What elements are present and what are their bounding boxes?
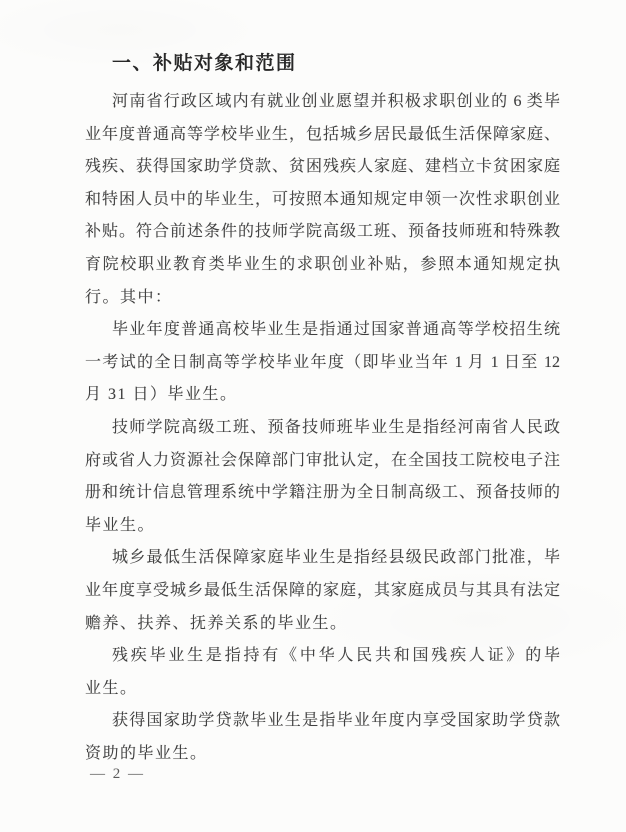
body-line: 残疾、获得国家助学贷款、贫困残疾人家庭、建档立卡贫困家庭 xyxy=(85,151,560,184)
body-line: 河南省行政区域内有就业创业愿望并积极求职创业的 6 类毕 xyxy=(85,86,560,119)
body-line: 获得国家助学贷款毕业生是指毕业年度内享受国家助学贷款 xyxy=(85,705,560,738)
body-line: 行。其中： xyxy=(85,282,560,315)
body-line: 和特困人员中的毕业生，可按照本通知规定申领一次性求职创业 xyxy=(85,184,560,217)
body-line: 月 31 日）毕业生。 xyxy=(85,379,560,412)
document-body: 一、补贴对象和范围 河南省行政区域内有就业创业愿望并积极求职创业的 6 类毕 业… xyxy=(85,53,560,770)
body-line: 技师学院高级工班、预备技师班毕业生是指经河南省人民政 xyxy=(85,412,560,445)
body-line: 毕业生。 xyxy=(85,510,560,543)
body-line: 赡养、扶养、抚养关系的毕业生。 xyxy=(85,608,560,641)
body-line: 补贴。符合前述条件的技师学院高级工班、预备技师班和特殊教 xyxy=(85,216,560,249)
scanned-document-page: 一、补贴对象和范围 河南省行政区域内有就业创业愿望并积极求职创业的 6 类毕 业… xyxy=(0,0,626,832)
body-line: 毕业年度普通高校毕业生是指通过国家普通高等学校招生统 xyxy=(85,314,560,347)
body-line: 残疾毕业生是指持有《中华人民共和国残疾人证》的毕 xyxy=(85,640,560,673)
body-line: 城乡最低生活保障家庭毕业生是指经县级民政部门批准，毕 xyxy=(85,542,560,575)
page-number: — 2 — xyxy=(90,764,145,784)
body-line: 资助的毕业生。 xyxy=(85,738,560,771)
section-heading: 一、补贴对象和范围 xyxy=(85,53,560,75)
body-line: 业年度普通高等学校毕业生，包括城乡居民最低生活保障家庭、 xyxy=(85,119,560,152)
body-line: 业生。 xyxy=(85,673,560,706)
body-line: 府或省人力资源社会保障部门审批认定，在全国技工院校电子注 xyxy=(85,445,560,478)
body-line: 业年度享受城乡最低生活保障的家庭，其家庭成员与其具有法定 xyxy=(85,575,560,608)
body-line: 育院校职业教育类毕业生的求职创业补贴，参照本通知规定执 xyxy=(85,249,560,282)
body-line: 一考试的全日制高等学校毕业年度（即毕业当年 1 月 1 日至 12 xyxy=(85,347,560,380)
body-line: 册和统计信息管理系统中学籍注册为全日制高级工、预备技师的 xyxy=(85,477,560,510)
